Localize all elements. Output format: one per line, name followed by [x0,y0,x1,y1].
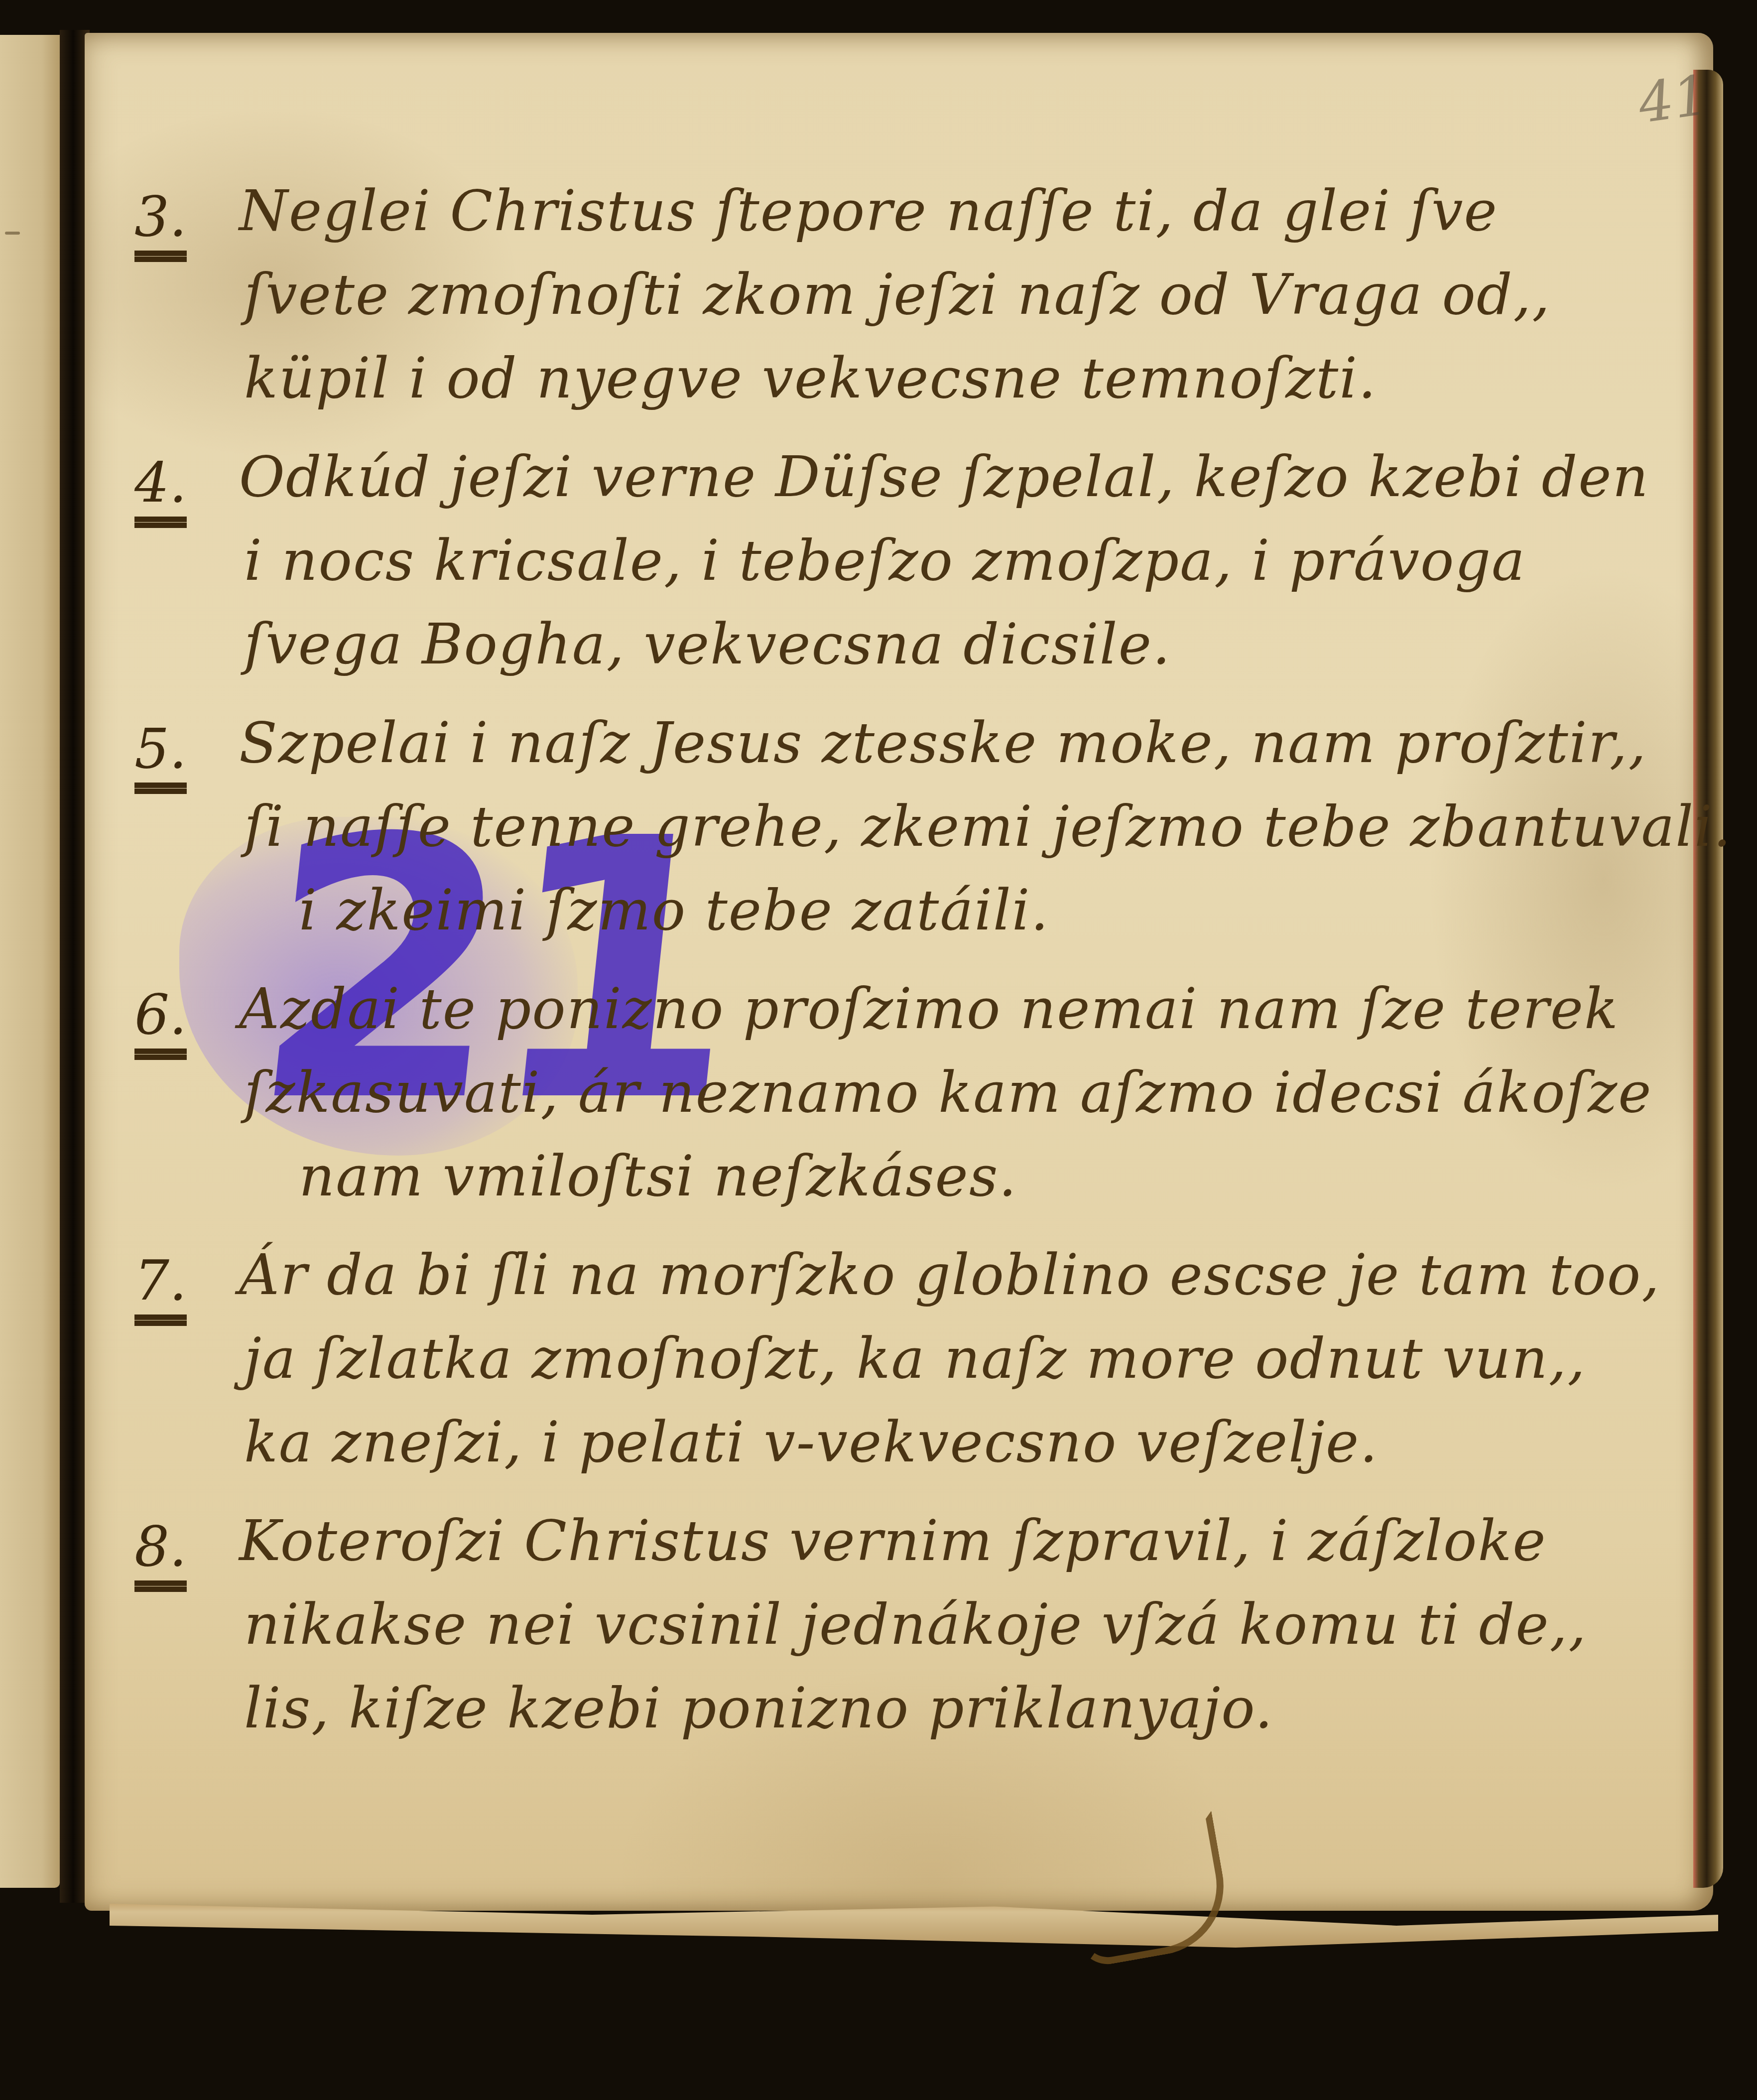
stanza-8: 8. Koteroſzi Christus vernim ſzpravil, i… [134,1499,1653,1750]
stanza-7: 7. Ár da bi ſli na morſzko globlino escs… [134,1233,1653,1484]
verse-line: nam vmiloſtsi neſzkáses. [134,1135,1653,1218]
verse-line: ſi naſſe tenne grehe, zkemi jeſzmo tebe … [134,785,1653,869]
verse-line: Szpelai i naſz Jesus ztesske moke, nam p… [134,701,1653,785]
stanza-3: 3. Neglei Christus ſtepore naſſe ti, da … [134,169,1653,420]
folio-number: 41 [1634,63,1712,135]
verse-line: ka zneſzi, i pelati v-vekvecsno veſzelje… [134,1401,1653,1484]
stanza-number: 5. [134,701,187,796]
verse-line: Ár da bi ſli na morſzko globlino escse j… [134,1233,1653,1317]
verse-line: i zkeimi ſzmo tebe zatáili. [134,869,1653,952]
stanza-6: 6. Azdai te ponizno proſzimo nemai nam ſ… [134,967,1653,1218]
verse-line: Odkúd jeſzi verne Düſse ſzpelal, keſzo k… [134,435,1653,519]
verse-line: lis, kiſze kzebi ponizno priklanyajo. [134,1667,1653,1750]
stanza-5: 5. Szpelai i naſz Jesus ztesske moke, na… [134,701,1653,952]
verse-line: küpil i od nyegve vekvecsne temnoſzti. [134,337,1653,420]
verse-line: Koteroſzi Christus vernim ſzpravil, i zá… [134,1499,1653,1583]
verse-line: ſzkasuvati, ár neznamo kam aſzmo idecsi … [134,1051,1653,1135]
verse-line: Neglei Christus ſtepore naſſe ti, da gle… [134,169,1653,253]
stanza-number: 8. [134,1499,187,1594]
verse-line: ſvega Bogha, vekvecsna dicsile. [134,603,1653,686]
verse-line: ſvete zmoſnoſti zkom jeſzi naſz od Vraga… [134,253,1653,337]
facing-page-edge [0,35,60,1888]
verse-line: Azdai te ponizno proſzimo nemai nam ſze … [134,967,1653,1051]
verse-line: nikakse nei vcsinil jednákoje vſzá komu … [134,1583,1653,1667]
verse-line: ja ſzlatka zmoſnoſzt, ka naſz more odnut… [134,1317,1653,1401]
facing-page-ink-mark [5,232,20,235]
verse-line: i nocs kricsale, i tebeſzo zmoſzpa, i pr… [134,519,1653,603]
stanza-number: 3. [134,169,187,264]
page-fore-edge [1693,70,1723,1888]
hymn-text: 3. Neglei Christus ſtepore naſſe ti, da … [134,169,1653,1765]
stanza-number: 7. [134,1233,187,1328]
stanza-4: 4. Odkúd jeſzi verne Düſse ſzpelal, keſz… [134,435,1653,686]
stanza-number: 6. [134,967,187,1062]
stanza-number: 4. [134,435,187,530]
